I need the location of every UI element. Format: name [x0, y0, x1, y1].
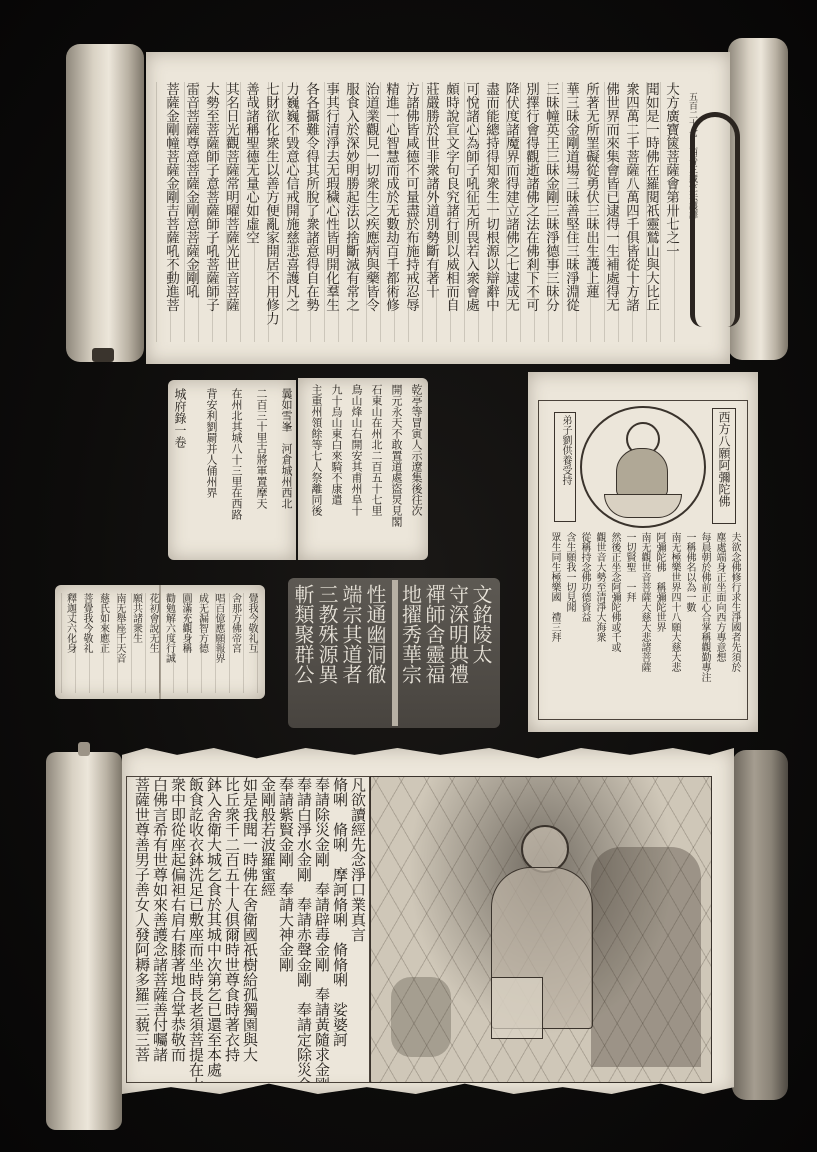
rubbing-column: 禪師舍靈福 — [426, 584, 450, 724]
booklet-lower-left: 覺我今敬礼互 舍那方佛帝宮 唱百億應願報界 成无漏智方德 圓滿充觀身稱 勸勉解六… — [55, 585, 265, 699]
right-cartouche: 西方八願阿彌陀佛 — [712, 408, 736, 524]
booklet-upper-left-columns: 曩如雪峯 河倉城州西北 二百三十里古將軍置摩天 在州北其城八十三里在西路 背安利… — [194, 388, 294, 556]
scroll-column: 所著无所罣礙從勇伏三昧出生護上蓮 — [581, 82, 601, 342]
scroll-column: 頗時說宣文字句良究諸行則以威相而自 — [441, 82, 461, 342]
booklet-column: 舍那方佛帝宮 — [226, 593, 243, 693]
booklet-cover-label: 城府錄一卷 — [172, 388, 189, 498]
buddha-roundel — [580, 406, 706, 528]
diamond-sutra-roller-knob — [78, 742, 90, 756]
print-column: 從稱持念佛功德資益 — [577, 532, 592, 712]
scroll-column: 華三昧金剛道場三昧善堅住三昧淨淵從 — [561, 82, 581, 342]
top-scroll-left-roller-knob — [92, 348, 114, 362]
print-column: 眾生同生極樂國 禮三拜 — [547, 532, 562, 712]
rubbing-column: 三教殊源異 — [318, 584, 342, 724]
booklet-column: 南无舉座千天音 — [111, 593, 128, 693]
print-column: 含生願我一切見聞 — [562, 532, 577, 712]
scroll-column: 降伏度諸魔界而得建立諸佛之七逮成无 — [501, 82, 521, 342]
booklet-column: 背安利劉罽并人俑州界 — [194, 388, 219, 556]
tie-cord — [690, 112, 740, 327]
top-scroll-left-roller — [66, 44, 144, 362]
invocation-column: 奉請紫賢金剛 奉請大神金剛 — [279, 777, 297, 1082]
diamond-sutra-right-roller — [732, 750, 788, 1100]
sutra-title: 金剛般若波羅蜜經 — [261, 777, 279, 1082]
print-column: 每晨朝於佛前正心合掌稱觀勤專注 — [697, 532, 712, 712]
booklet-upper-left-page: 城府錄一卷 曩如雪峯 河倉城州西北 二百三十里古將軍置摩天 在州北其城八十三里在… — [168, 380, 296, 560]
booklet-column: 覺我今敬礼互 — [243, 593, 260, 693]
booklet-column: 花初會說无生 — [144, 593, 161, 693]
scroll-column: 可悅諸心為師子吼征无所畏若入衆會處 — [461, 82, 481, 342]
print-column: 南无觀世音菩薩大慈大悲諸菩薩 — [637, 532, 652, 712]
rubbing-left-columns: 性通幽洞徹 端宗其道者 三教殊源異 斬類聚群公 — [294, 584, 390, 724]
scroll-column: 大勢至菩薩師子意菩薩師子吼菩薩師子 — [201, 82, 221, 342]
sutra-column: 飯食訖收衣鉢洗足已敷座而坐時長老須菩提在大 — [189, 777, 207, 1082]
amitabha-print: 西方八願阿彌陀佛 弟子劉供養受持 夫欲念佛修行求生淨國者先須於 塵處端身正坐面向… — [528, 372, 758, 732]
scroll-column: 雷音菩薩尊意菩薩金剛意菩薩金剛吼 — [181, 82, 201, 342]
booklet-column: 石東山在州北二百五十七里 — [364, 384, 384, 554]
booklet-column: 曩如雪峯 河倉城州西北 — [269, 388, 294, 556]
booklet-upper-right-columns: 乾亭等冒寅人示遼集後往次 開元永天不敢置道處盜炅見閣 石東山在州北二百五十七里 … — [302, 384, 424, 554]
diamond-sutra-left-roller — [46, 752, 122, 1130]
rubbing-column: 端宗其道者 — [342, 584, 366, 724]
invocation-column: 脩唎 脩唎 摩訶脩唎 脩脩唎 娑婆訶 — [333, 777, 351, 1082]
sutra-text-block: 凡欲讀經先念淨口業真言 脩唎 脩唎 摩訶脩唎 脩脩唎 娑婆訶 奉請除災金剛 奉請… — [126, 776, 370, 1083]
scroll-column: 別擇行會得觀逝諸佛之法在佛剎下不可 — [521, 82, 541, 342]
sutra-column: 鉢入舍衛大城乞食於其城中次第乞已還至本處 — [207, 777, 225, 1082]
booklet-column: 菩覺我今敬礼 — [78, 593, 95, 693]
scroll-column: 善哉諸稱聖德无量心如虛空 — [241, 82, 261, 342]
buddha-halo — [521, 825, 569, 873]
booklet-column: 圓滿充觀身稱 — [177, 593, 194, 693]
scroll-column: 聞如是一時佛在羅閱祇靈鷲山與大比丘 — [641, 82, 661, 342]
kneeling-subhuti — [391, 977, 451, 1057]
photograph: 大方廣寶篋菩薩會第卅七之一 聞如是一時佛在羅閱祇靈鷲山與大比丘 衆四萬二千菩薩八… — [0, 0, 817, 1152]
rubbing-column: 斬類聚群公 — [294, 584, 318, 724]
booklet-column: 唱百億應願報界 — [210, 593, 227, 693]
scroll-column: 衆四萬二千菩薩八萬四千俱皆從十方諸 — [621, 82, 641, 342]
sutra-column: 比丘衆千二百五十人俱爾時世尊食時著衣持 — [225, 777, 243, 1082]
booklet-column: 願共諸衆生 — [127, 593, 144, 693]
top-scroll-columns: 大方廣寶篋菩薩會第卅七之一 聞如是一時佛在羅閱祇靈鷲山與大比丘 衆四萬二千菩薩八… — [156, 82, 681, 342]
scroll-column: 莊嚴勝於世非衆諸外道別勢斷有著十 — [421, 82, 441, 342]
sutra-column: 白佛言希有世尊如來善護念諸菩薩善付囑諸 — [153, 777, 171, 1082]
booklet-column: 勸勉解六度行誠 — [160, 593, 177, 693]
print-column: 一切賢聖 一拜 — [622, 532, 637, 712]
scroll-column: 治道業觀見一切衆生之疾應病與藥皆令 — [361, 82, 381, 342]
scroll-column: 各各攝難令得其所脫了衆諸意得自在勢 — [301, 82, 321, 342]
diamond-sutra-sheet: 凡欲讀經先念淨口業真言 脩唎 脩唎 摩訶脩唎 脩脩唎 娑婆訶 奉請除災金剛 奉請… — [122, 748, 734, 1094]
scroll-column: 力巍巍不毀意心信戒開施慈悲喜護凡之 — [281, 82, 301, 342]
lotus-throne — [604, 494, 682, 518]
print-column: 然後正坐念阿彌陀佛或千或 — [607, 532, 622, 712]
top-scroll-sheet: 大方廣寶篋菩薩會第卅七之一 聞如是一時佛在羅閱祇靈鷲山與大比丘 衆四萬二千菩薩八… — [146, 52, 730, 364]
booklet-column: 開元永天不敢置道處盜炅見閣 — [384, 384, 404, 554]
rubbing-right-columns: 文銘陵太 守深明典禮 禪師舍靈福 地擢秀華宗 — [402, 584, 496, 724]
attendants — [591, 847, 701, 1067]
scroll-column: 菩薩金剛幢菩薩金剛吉菩薩吼不動進菩 — [161, 82, 181, 342]
scroll-column: 三昧幢英王三昧金剛三昧淨德事三昧分 — [541, 82, 561, 342]
invocation-column: 凡欲讀經先念淨口業真言 — [351, 777, 369, 1082]
sutra-column: 衆中即從座起偏袒右肩右膝著地合掌恭敬而 — [171, 777, 189, 1082]
rubbing-column: 性通幽洞徹 — [366, 584, 390, 724]
rubbing-column: 地擢秀華宗 — [402, 584, 426, 724]
sutra-column: 如是我聞一時佛在舍衛國祇樹給孤獨園與大 — [243, 777, 261, 1082]
booklet-column: 鳥山烽山右開安其甫州阜十 — [344, 384, 364, 554]
booklet-column: 乾亭等冒寅人示遼集後往次 — [404, 384, 424, 554]
booklet-column: 主重州領餘等七人祭離同後 — [304, 384, 324, 554]
sutra-columns: 凡欲讀經先念淨口業真言 脩唎 脩唎 摩訶脩唎 脩脩唎 娑婆訶 奉請除災金剛 奉請… — [127, 777, 369, 1082]
invocation-column: 奉請白淨水金剛 奉請赤聲金剛 奉請定除災金剛 — [297, 777, 315, 1082]
rubbing-column: 文銘陵太 — [473, 584, 497, 724]
print-text-columns: 夫欲念佛修行求生淨國者先須於 塵處端身正坐面向西方專意想 每晨朝於佛前正心合掌稱… — [546, 532, 742, 712]
booklet-column: 二百三十里古將軍置摩天 — [244, 388, 269, 556]
booklet-lower-columns: 覺我今敬礼互 舍那方佛帝宮 唱百億應願報界 成无漏智方德 圓滿充觀身稱 勸勉解六… — [61, 593, 259, 693]
scroll-column: 大方廣寶篋菩薩會第卅七之一 — [661, 82, 681, 342]
scroll-column: 盡而能總持得知衆生一切根源以辯辭中 — [481, 82, 501, 342]
sutra-column: 菩薩世尊善男子善女人發阿耨多羅三藐三菩 — [135, 777, 153, 1082]
scroll-column: 佛世界而來集會皆已逮得一生補處得无 — [601, 82, 621, 342]
booklet-column: 九十烏山東白來騎不康遣 — [324, 384, 344, 554]
buddha-figure — [616, 448, 668, 498]
frontispiece-illustration — [370, 776, 712, 1083]
altar-table — [491, 977, 543, 1039]
print-column: 夫欲念佛修行求生淨國者先須於 — [727, 532, 742, 712]
scroll-column: 精進一心智慧而成於无數劫百千都術修 — [381, 82, 401, 342]
booklet-column: 在州北其城八十三里在西路 — [219, 388, 244, 556]
left-cartouche: 弟子劉供養受持 — [554, 412, 576, 522]
print-column: 塵處端身正坐面向西方專意想 — [712, 532, 727, 712]
print-column: 一稱佛名以為一數 — [682, 532, 697, 712]
rubbing-booklet: 性通幽洞徹 端宗其道者 三教殊源異 斬類聚群公 文銘陵太 守深明典禮 禪師舍靈福… — [288, 578, 500, 728]
booklet-column: 釋迦丈六化身 — [61, 593, 78, 693]
print-column: 阿彌陀佛 稱彌陀世界 — [652, 532, 667, 712]
top-scroll-text-area: 大方廣寶篋菩薩會第卅七之一 聞如是一時佛在羅閱祇靈鷲山與大比丘 衆四萬二千菩薩八… — [156, 82, 681, 342]
print-column: 觀世音大勢至清淨大海衆 — [592, 532, 607, 712]
scroll-column: 方諸佛皆咸德不可量盡於布施持戒忍辱 — [401, 82, 421, 342]
scroll-column: 事其行清淨去无瑕穢心性皆明開化羣生 — [321, 82, 341, 342]
booklet-upper-right-page: 乾亭等冒寅人示遼集後往次 開元永天不敢置道處盜炅見閣 石東山在州北二百五十七里 … — [298, 378, 428, 560]
booklet-column: 成无漏智方德 — [193, 593, 210, 693]
booklet-column: 慈氏如來應正 — [94, 593, 111, 693]
rubbing-column: 守深明典禮 — [449, 584, 473, 724]
invocation-column: 奉請除災金剛 奉請辟毒金剛 奉請黃隨求金剛 — [315, 777, 333, 1082]
scroll-column: 其名日光觀菩薩常明曜菩薩光世音菩薩 — [221, 82, 241, 342]
rubbing-fold — [392, 580, 398, 726]
scroll-column: 七財欲化衆生以善方便亂家開居不用修力 — [261, 82, 281, 342]
print-column: 南无極樂世界四十八願大慈大悲 — [667, 532, 682, 712]
scroll-column: 服食入於深妙明勝起法以捨斷滅有常之 — [341, 82, 361, 342]
